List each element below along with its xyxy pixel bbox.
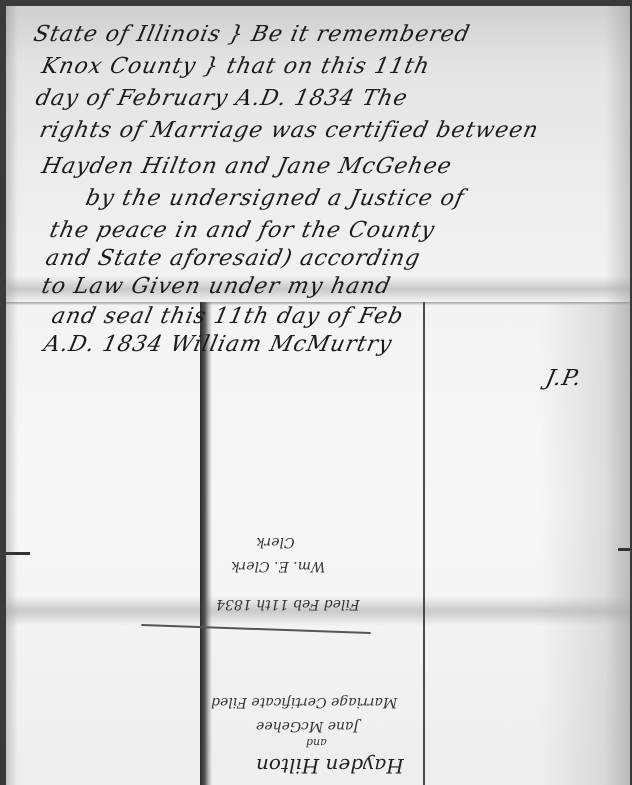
endorsement-title: Marriage Certificate Filed (211, 694, 397, 710)
endorsement-clerk-title: Clerk (256, 534, 295, 550)
text-line-1: State of Illinois } Be it remembered (31, 22, 472, 47)
text-line-9: to Law Given under my hand (39, 274, 393, 299)
endorsement-filed-date: Filed Feb 11th 1834 (216, 596, 360, 612)
vertical-fold-right (423, 302, 425, 785)
edge-mark-left (6, 552, 30, 555)
text-line-10: and seal this 11th day of Feb (49, 304, 406, 329)
text-line-4: rights of Marriage was certified between (37, 118, 541, 143)
endorsement-clerk-name: Wm. E. Clerk (231, 558, 325, 574)
document-page: State of Illinois } Be it remembered Kno… (6, 6, 630, 785)
text-line-8: and State aforesaid) according (43, 246, 423, 271)
text-line-3: day of February A.D. 1834 The (33, 86, 410, 111)
text-line-6: by the undersigned a Justice of (83, 186, 466, 211)
text-line-2: Knox County } that on this 11th (39, 54, 432, 79)
text-line-5-names: Hayden Hilton and Jane McGehee (39, 154, 454, 179)
vertical-fold-left (200, 302, 212, 785)
edge-mark-right (618, 548, 630, 551)
text-line-12-jp: J.P. (543, 366, 584, 391)
endorsement-bride: Jane McGehee (256, 718, 359, 734)
text-line-7: the peace in and for the County (47, 218, 437, 243)
endorsement-groom: Hayden Hilton (256, 754, 404, 778)
text-line-11-signature: A.D. 1834 William McMurtry (41, 332, 394, 357)
endorsement-and: and (306, 736, 327, 749)
